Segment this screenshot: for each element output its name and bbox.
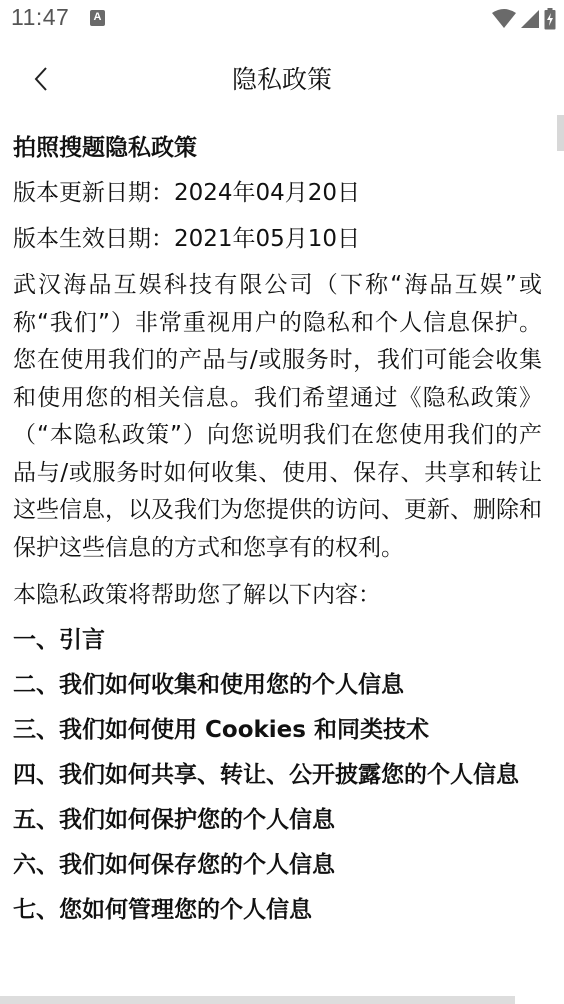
policy-content[interactable]: 拍照搜题隐私政策 版本更新日期：2024年04月20日 版本生效日期：2021年… [13, 126, 542, 935]
toc-item-collect: 二、我们如何收集和使用您的个人信息 [13, 665, 542, 706]
effective-date: 版本生效日期：2021年05月10日 [13, 216, 542, 262]
toc-intro: 本隐私政策将帮助您了解以下内容： [13, 573, 542, 617]
battery-charging-icon [544, 8, 556, 30]
accessibility-notification-icon: A [90, 10, 105, 26]
toc-item-share: 四、我们如何共享、转让、公开披露您的个人信息 [13, 755, 542, 796]
status-icons [492, 8, 556, 30]
toc-item-cookies: 三、我们如何使用 Cookies 和同类技术 [13, 710, 542, 751]
status-time: 11:47 [11, 4, 69, 31]
page-title: 隐私政策 [0, 60, 564, 96]
toc-item-manage: 七、您如何管理您的个人信息 [13, 890, 542, 931]
toc-item-protect: 五、我们如何保护您的个人信息 [13, 800, 542, 841]
update-date: 版本更新日期：2024年04月20日 [13, 170, 542, 216]
scrollbar[interactable] [557, 115, 564, 151]
signal-icon [520, 9, 540, 29]
status-bar: 11:47 A [0, 0, 564, 38]
toc-item-intro: 一、引言 [13, 620, 542, 661]
intro-paragraph: 武汉海品互娱科技有限公司（下称“海品互娱”或称“我们”）非常重视用户的隐私和个人… [13, 267, 542, 567]
document-title: 拍照搜题隐私政策 [13, 126, 542, 170]
toc-item-store: 六、我们如何保存您的个人信息 [13, 845, 542, 886]
bottom-overlay [0, 996, 515, 1004]
wifi-icon [492, 9, 516, 29]
app-bar: 隐私政策 [0, 38, 564, 118]
